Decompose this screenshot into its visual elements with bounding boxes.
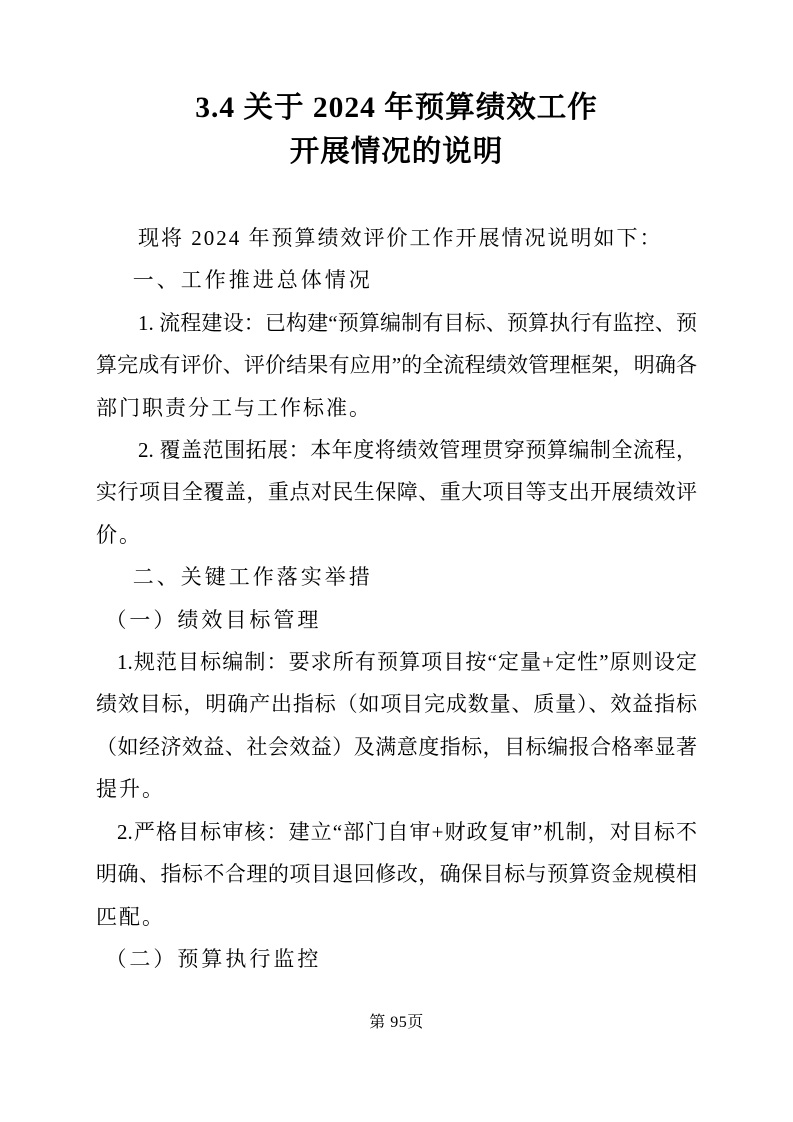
heading-section-1-line: 一、工作推进总体情况 xyxy=(96,259,697,301)
subheading-2-1-line: （一）绩效目标管理 xyxy=(96,599,697,641)
heading-section-2-line: 二、关键工作落实举措 xyxy=(96,556,697,598)
para-process-building-line: 部门职责分工与工作标准。 xyxy=(96,387,697,429)
document-body: 现将 2024 年预算绩效评价工作开展情况说明如下：一、工作推进总体情况1. 流… xyxy=(96,217,697,980)
para-goal-review-line: 2.严格目标审核：建立“部门自审+财政复审”机制，对目标不 xyxy=(96,811,697,853)
page-number: 第 95页 xyxy=(0,1014,793,1032)
para-coverage-expansion-line: 价。 xyxy=(96,514,697,556)
para-goal-review-line: 匹配。 xyxy=(96,896,697,938)
para-goal-standardization-line: 绩效目标，明确产出指标（如项目完成数量、质量）、效益指标 xyxy=(96,683,697,725)
para-goal-standardization-line: 提升。 xyxy=(96,768,697,810)
para-process-building-line: 1. 流程建设：已构建“预算编制有目标、预算执行有监控、预 xyxy=(96,302,697,344)
document-title-line-2: 开展情况的说明 xyxy=(0,130,793,174)
document-page: 3.4 关于 2024 年预算绩效工作 开展情况的说明 现将 2024 年预算绩… xyxy=(0,0,793,1122)
document-title: 3.4 关于 2024 年预算绩效工作 开展情况的说明 xyxy=(0,86,793,174)
para-goal-standardization-line: 1.规范目标编制：要求所有预算项目按“定量+定性”原则设定 xyxy=(96,641,697,683)
para-coverage-expansion-line: 2. 覆盖范围拓展：本年度将绩效管理贯穿预算编制全流程， xyxy=(96,429,697,471)
para-coverage-expansion-line: 实行项目全覆盖，重点对民生保障、重大项目等支出开展绩效评 xyxy=(96,471,697,513)
para-process-building-line: 算完成有评价、评价结果有应用”的全流程绩效管理框架，明确各 xyxy=(96,344,697,386)
para-goal-standardization-line: （如经济效益、社会效益）及满意度指标，目标编报合格率显著 xyxy=(96,726,697,768)
document-title-line-1: 3.4 关于 2024 年预算绩效工作 xyxy=(0,86,793,130)
subheading-2-2-line: （二）预算执行监控 xyxy=(96,938,697,980)
intro-line: 现将 2024 年预算绩效评价工作开展情况说明如下： xyxy=(96,217,697,259)
para-goal-review-line: 明确、指标不合理的项目退回修改，确保目标与预算资金规模相 xyxy=(96,853,697,895)
